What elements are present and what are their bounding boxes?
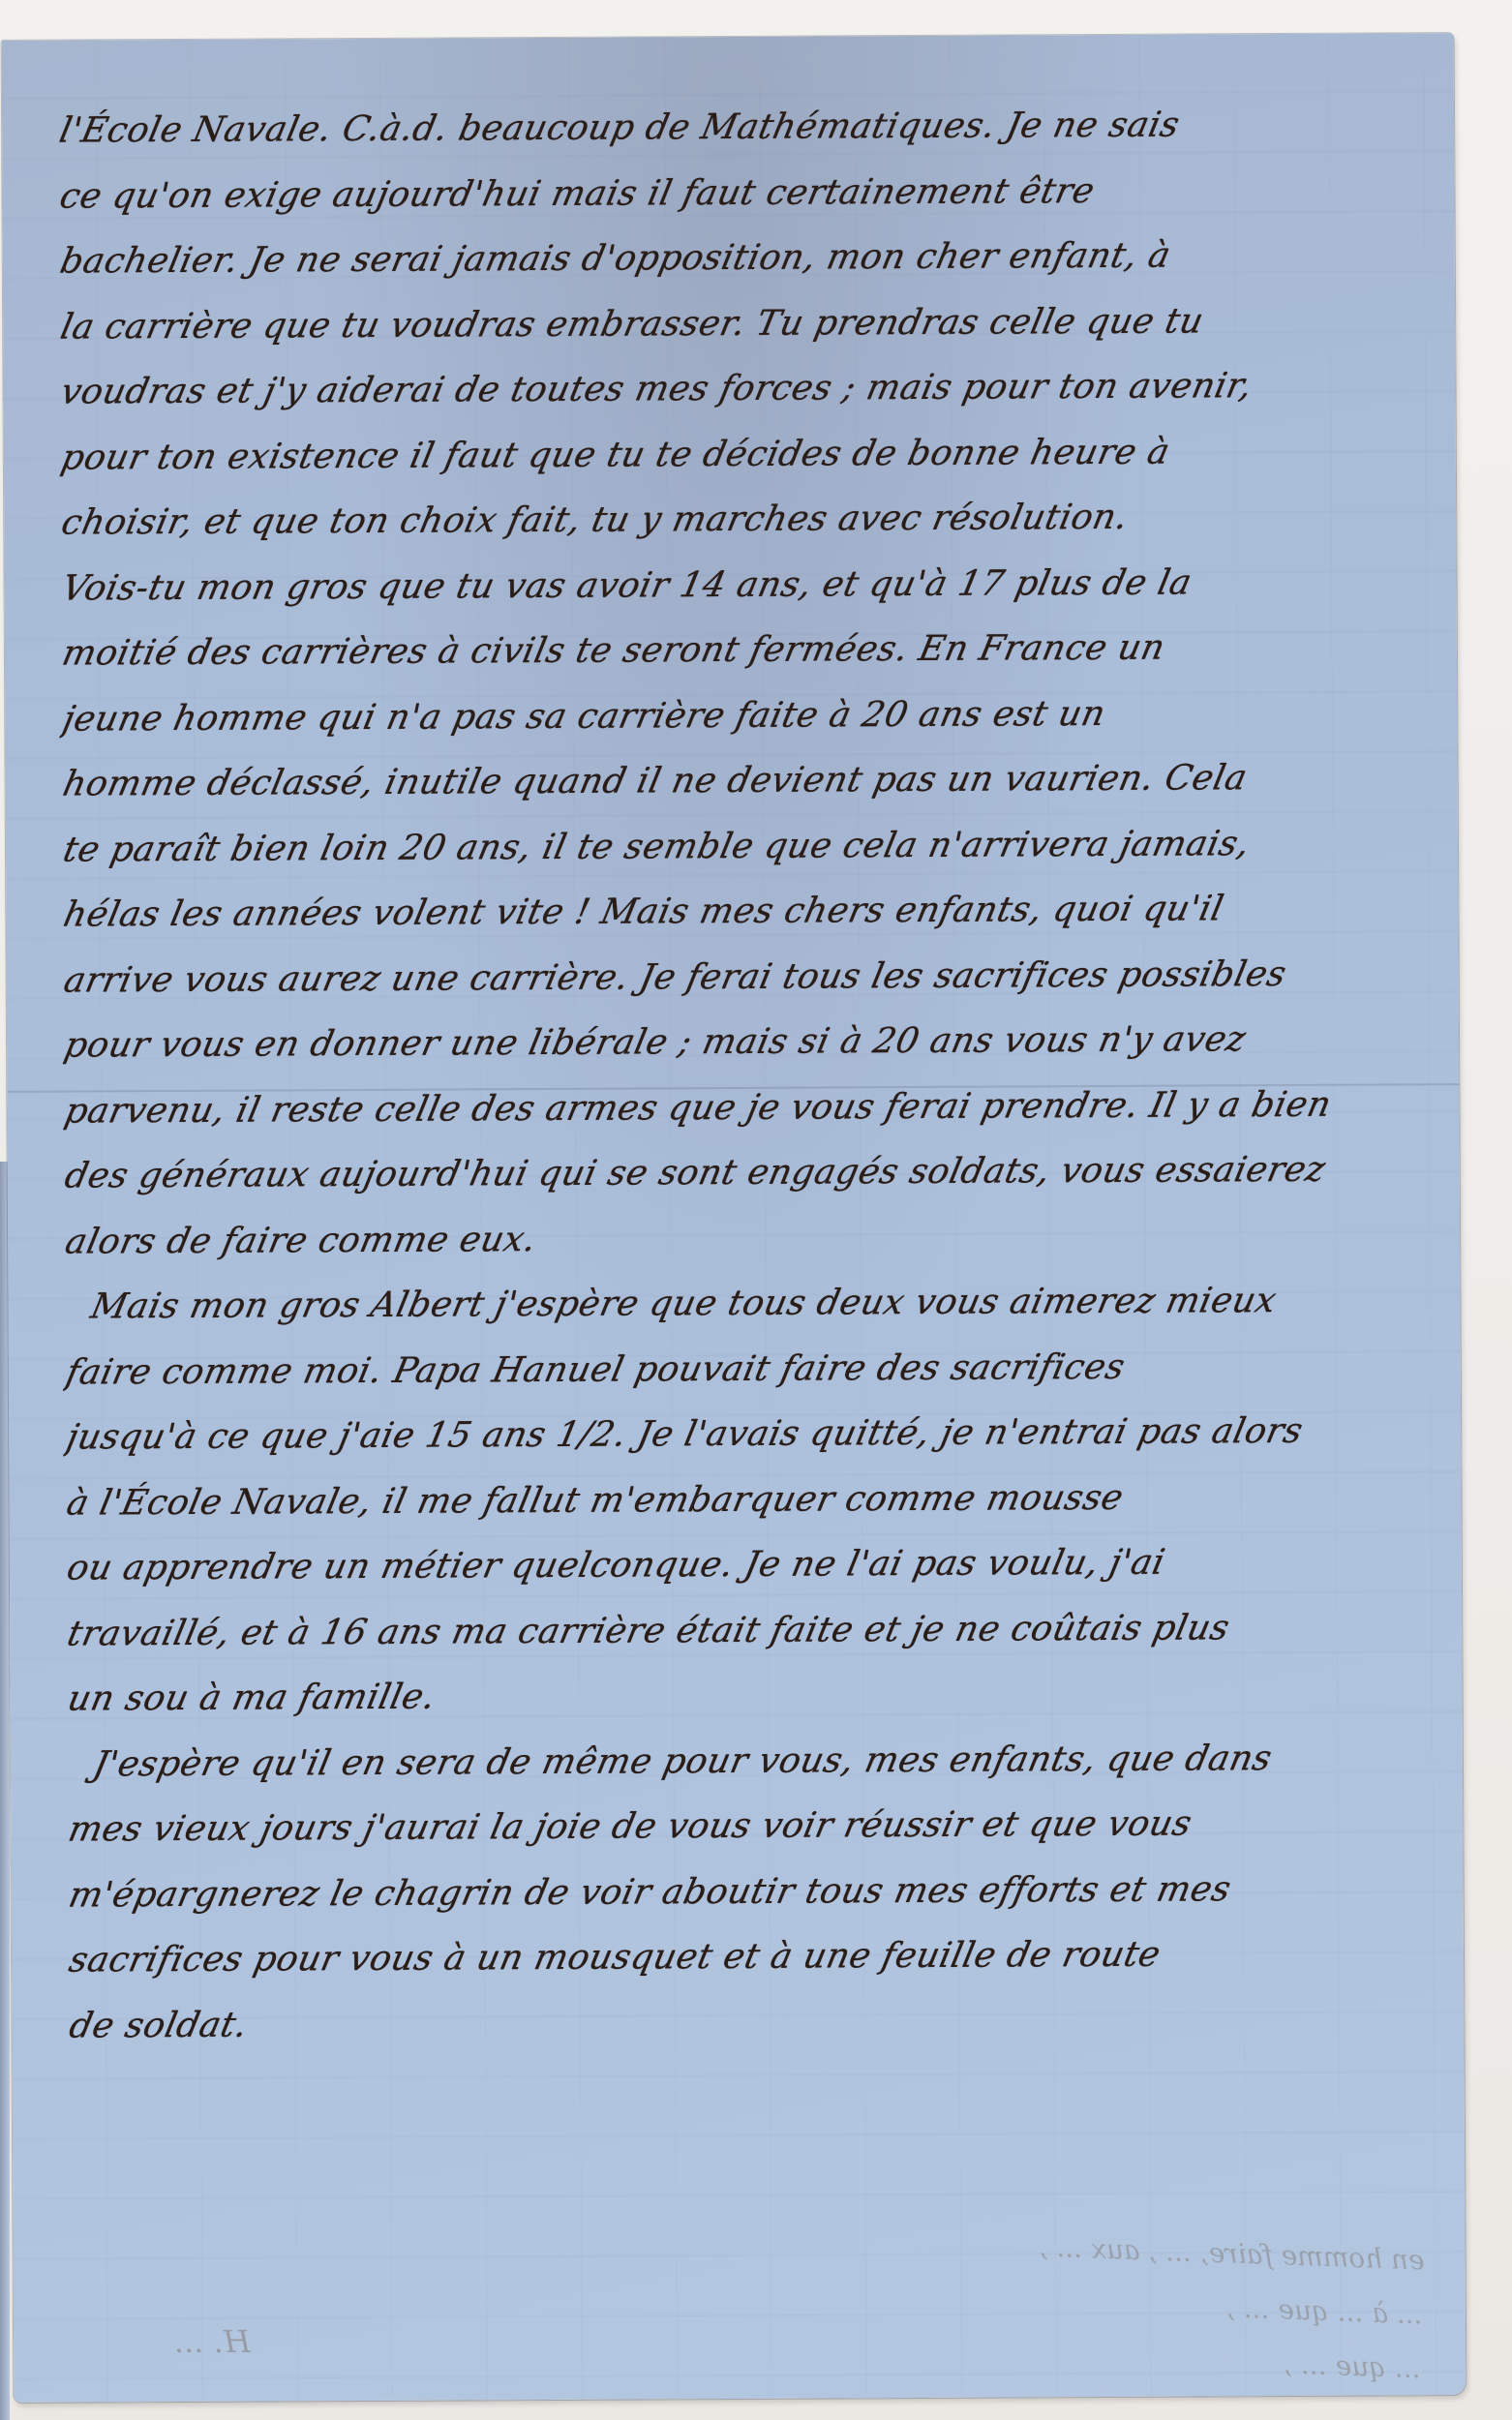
- text-line: jeune homme qui n'a pas sa carrière fait…: [56, 680, 1406, 752]
- text-line: Vois-tu mon gros que tu vas avoir 14 ans…: [56, 549, 1406, 621]
- text-line: choisir, et que ton choix fait, tu y mar…: [55, 483, 1405, 556]
- text-line: travaillé, et à 16 ans ma carrière était…: [61, 1594, 1410, 1667]
- text-line: hélas les années volent vite ! Mais mes …: [57, 875, 1406, 948]
- text-line: arrive vous aurez une carrière. Je ferai…: [58, 941, 1407, 1013]
- text-line: pour vous en donner une libérale ; mais …: [58, 1006, 1407, 1078]
- text-line: ce qu'on exige aujourd'hui mais il faut …: [53, 157, 1403, 229]
- text-line: ou apprendre un métier quelconque. Je ne…: [61, 1528, 1410, 1601]
- paragraph-start-line: J'espère qu'il en sera de même pour vous…: [62, 1725, 1411, 1798]
- text-line: faire comme moi. Papa Hanuel pouvait fai…: [60, 1333, 1409, 1406]
- text-line: jusqu'à ce que j'aie 15 ans 1/2. Je l'av…: [60, 1398, 1409, 1470]
- text-line: la carrière que tu voudras embrasser. Tu…: [54, 287, 1404, 360]
- show-through-signature: H. ...: [174, 2323, 251, 2360]
- text-line: te paraît bien loin 20 ans, il te semble…: [57, 810, 1406, 883]
- text-line: l'École Navale. C.à.d. beaucoup de Mathé…: [53, 91, 1403, 164]
- text-line: mes vieux jours j'aurai la joie de vous …: [62, 1790, 1411, 1862]
- text-line: parvenu, il reste celle des armes que je…: [58, 1072, 1407, 1144]
- text-line: un sou à ma famille.: [62, 1659, 1411, 1732]
- text-line: de soldat.: [63, 1986, 1412, 2059]
- letter-page: l'École Navale. C.à.d. beaucoup de Mathé…: [2, 33, 1467, 2403]
- text-line: m'épargnerez le chagrin de voir aboutir …: [63, 1856, 1412, 1928]
- text-line: à l'École Navale, il me fallut m'embarqu…: [61, 1464, 1410, 1536]
- show-through-text: en homme faire, ... , aux ... , ... à ..…: [452, 2200, 1425, 2399]
- handwritten-text-block: l'École Navale. C.à.d. beaucoup de Mathé…: [60, 91, 1406, 2058]
- paragraph-start-line: Mais mon gros Albert j'espère que tous d…: [59, 1267, 1408, 1340]
- text-line: homme déclassé, inutile quand il ne devi…: [57, 744, 1406, 817]
- text-line: moitié des carrières à civils te seront …: [56, 614, 1406, 686]
- text-line: pour ton existence il faut que tu te déc…: [55, 418, 1405, 491]
- text-line: voudras et j'y aiderai de toutes mes for…: [55, 352, 1405, 425]
- text-line: alors de faire comme eux.: [59, 1202, 1408, 1275]
- text-line: des généraux aujourd'hui qui se sont eng…: [59, 1136, 1408, 1209]
- text-line: bachelier. Je ne serai jamais d'oppositi…: [54, 222, 1404, 294]
- text-line: sacrifices pour vous à un mousquet et à …: [63, 1921, 1412, 1993]
